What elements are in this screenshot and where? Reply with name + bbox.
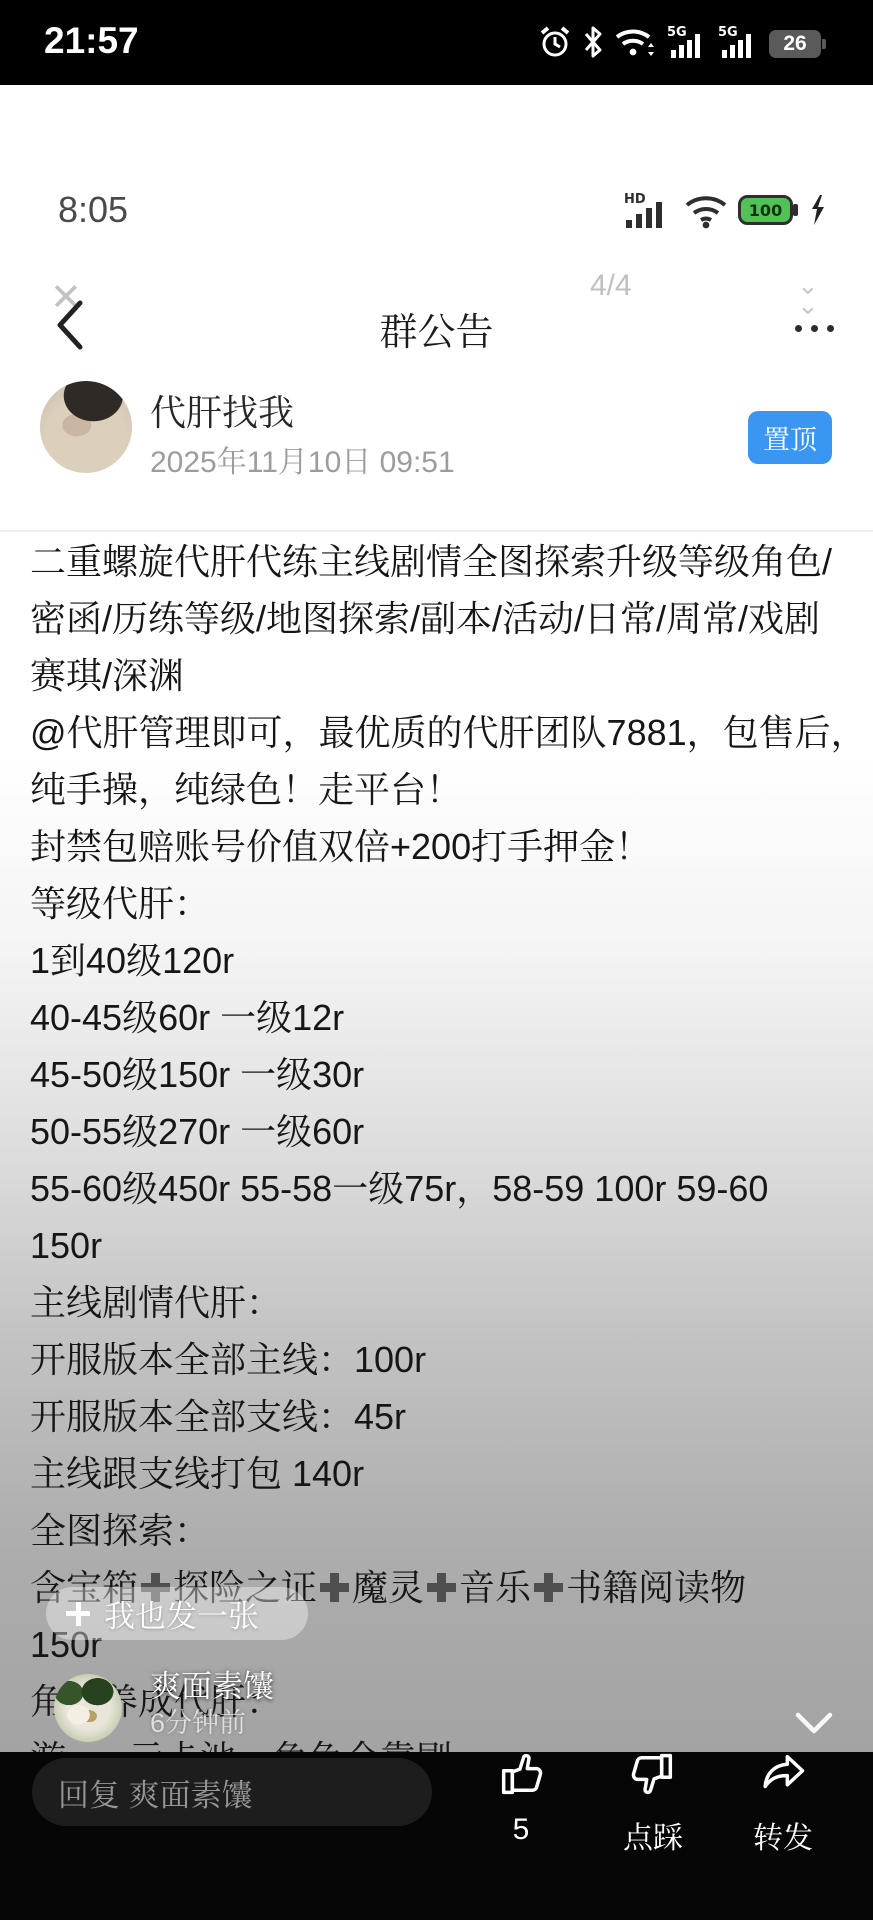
outer-status-bar: 21:57 5G 5G	[0, 0, 873, 85]
battery-icon: 26	[769, 30, 821, 58]
inner-clock: 8:05	[58, 189, 128, 231]
share-label: 转发	[738, 1813, 828, 1857]
wifi-icon	[683, 191, 729, 234]
collapse-chevron-icon[interactable]	[794, 1709, 834, 1742]
plus-icon	[66, 1602, 90, 1626]
announcement-line: 1到40级120r	[30, 932, 845, 989]
svg-text:100: 100	[749, 201, 782, 220]
cell-signal-5g-icon: 5G	[667, 24, 707, 65]
send-photo-too-button[interactable]: 我也发一张	[46, 1587, 308, 1640]
announcement-line: 40-45级60r 一级12r	[30, 989, 845, 1046]
outer-status-icons: 5G 5G 26	[538, 24, 821, 64]
screenshot-image[interactable]: 8:05 HD 100 ✕ 4/4 ⌄⌄ 群公告	[0, 85, 873, 1752]
send-photo-too-label: 我也发一张	[104, 1591, 259, 1636]
cell-signal-5g-icon-2: 5G	[718, 24, 758, 65]
announcement-line: 开服版本全部主线：100r	[30, 1331, 845, 1388]
announcement-line: @代肝管理即可，最优质的代肝团队7881，包售后，	[30, 704, 845, 761]
announcement-line: 密函/历练等级/地图探索/副本/活动/日常/周常/戏剧	[30, 590, 845, 647]
wifi-icon	[614, 25, 656, 64]
announcement-line: 主线剧情代肝：	[30, 1274, 845, 1331]
share-arrow-icon	[757, 1748, 809, 1800]
page-title: 群公告	[0, 301, 873, 356]
announcement-line: 等级代肝：	[30, 875, 845, 932]
like-count: 5	[476, 1813, 566, 1847]
comment-timestamp: 6分钟前	[150, 1701, 246, 1740]
share-button[interactable]: 转发	[738, 1748, 828, 1857]
post-datetime: 2025年11月10日 09:51	[150, 437, 455, 481]
commenter-avatar[interactable]	[54, 1674, 122, 1742]
dislike-button[interactable]: 点踩	[608, 1748, 698, 1857]
poster-name: 代肝找我	[150, 385, 294, 436]
pinned-badge: 置顶	[748, 411, 832, 464]
reply-input[interactable]: 回复 爽面素馕	[32, 1758, 432, 1826]
announcement-line: 赛琪/深渊	[30, 647, 845, 704]
announcement-line: 开服版本全部支线：45r	[30, 1388, 845, 1445]
plus-icon	[320, 1573, 349, 1602]
svg-text:HD: HD	[624, 192, 646, 207]
announcement-line: 150r	[30, 1217, 845, 1274]
viewer-page-counter-ghost: 4/4	[590, 269, 632, 303]
divider	[0, 530, 873, 532]
announcement-line: 55-60级450r 55-58一级75r，58-59 100r 59-60	[30, 1160, 845, 1217]
announcement-line: 纯手操，纯绿色！走平台！	[30, 761, 845, 818]
announcement-line: 主线跟支线打包 140r	[30, 1445, 845, 1502]
poster-avatar[interactable]	[40, 381, 132, 473]
svg-text:5G: 5G	[718, 25, 738, 40]
bluetooth-icon	[583, 25, 603, 64]
like-button[interactable]: 5	[476, 1748, 566, 1847]
announcement-line: 45-50级150r 一级30r	[30, 1046, 845, 1103]
commenter-name: 爽面素馕	[150, 1661, 274, 1706]
announcement-body: 二重螺旋代肝代练主线剧情全图探索升级等级角色/密函/历练等级/地图探索/副本/活…	[30, 533, 845, 1844]
announcement-line: 封禁包赔账号价值双倍+200打手押金！	[30, 818, 845, 875]
charging-bolt-icon	[809, 194, 827, 231]
dislike-label: 点踩	[608, 1813, 698, 1857]
announcement-line: 全图探索：	[30, 1502, 845, 1559]
plus-icon	[427, 1573, 456, 1602]
inner-status-icons: HD 100	[622, 191, 827, 233]
svg-text:5G: 5G	[667, 25, 687, 40]
announcement-line: 50-55级270r 一级60r	[30, 1103, 845, 1160]
plus-icon	[534, 1573, 563, 1602]
outer-clock: 21:57	[44, 20, 139, 62]
alarm-icon	[538, 25, 572, 64]
announcement-line: 二重螺旋代肝代练主线剧情全图探索升级等级角色/	[30, 533, 845, 590]
thumbs-down-icon	[627, 1748, 679, 1800]
hd-signal-icon: HD	[622, 190, 674, 235]
more-options-button[interactable]	[783, 313, 845, 343]
reply-placeholder: 回复 爽面素馕	[58, 1770, 253, 1815]
battery-icon: 100	[738, 193, 800, 232]
thumbs-up-icon	[495, 1748, 547, 1800]
